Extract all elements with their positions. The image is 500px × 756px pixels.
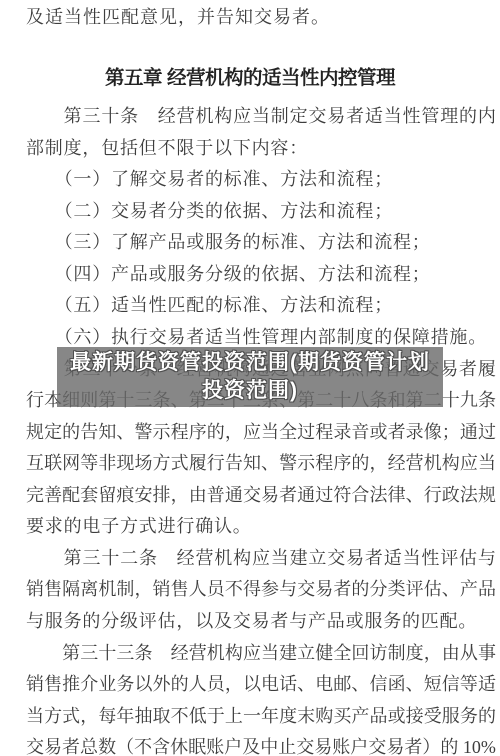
text-line: 与服务的分级评估，以及交易者与产品或服务的匹配。 xyxy=(26,606,496,638)
text-line: 第三十条 经营机构应当制定交易者适当性管理的内 xyxy=(26,101,496,133)
watermark-title-line2: 投资范围) xyxy=(57,377,443,405)
watermark-title-line1: 最新期货资管投资范围(期货资管计划 xyxy=(57,349,443,377)
text-line: 第三十三条 经营机构应当建立健全回访制度，由从事 xyxy=(26,638,496,670)
text-line: 完善配套留痕安排，由普通交易者通过符合法律、行政法规 xyxy=(26,480,496,512)
text-line: 部制度，包括但不限于以下内容： xyxy=(26,133,496,165)
text-line: 销售推介业务以外的人员，以电话、电邮、信函、短信等适 xyxy=(26,669,496,701)
text-line: （三）了解产品或服务的标准、方法和流程； xyxy=(26,227,496,259)
text-line: （五）适当性匹配的标准、方法和流程； xyxy=(26,290,496,322)
document-page: 及适当性匹配意见，并告知交易者。 第五章 经营机构的适当性内控管理 第三十条 经… xyxy=(0,0,500,756)
chapter-heading: 第五章 经营机构的适当性内控管理 xyxy=(0,63,500,93)
text-line: 第三十二条 经营机构应当建立交易者适当性评估与 xyxy=(26,543,496,575)
text-line: 当方式，每年抽取不低于上一年度末购买产品或接受服务的 xyxy=(26,701,496,733)
document-body: 第三十条 经营机构应当制定交易者适当性管理的内部制度，包括但不限于以下内容： （… xyxy=(26,101,496,756)
paragraph-continuation-line: 及适当性匹配意见，并告知交易者。 xyxy=(26,2,330,32)
text-line: 规定的告知、警示程序的，应当全过程录音或者录像；通过 xyxy=(26,417,496,449)
text-line: （四）产品或服务分级的依据、方法和流程； xyxy=(26,259,496,291)
text-line: （二）交易者分类的依据、方法和流程； xyxy=(26,196,496,228)
watermark-overlay: 最新期货资管投资范围(期货资管计划 投资范围) xyxy=(57,347,443,407)
text-line: 销售隔离机制，销售人员不得参与交易者的分类评估、产品 xyxy=(26,574,496,606)
text-line: 要求的电子方式进行确认。 xyxy=(26,511,496,543)
text-line: 互联网等非现场方式履行告知、警示程序的，经营机构应当 xyxy=(26,448,496,480)
text-line: 交易者总数（不含休眠账户及中止交易账户交易者）的 10% xyxy=(26,732,496,756)
text-line: （一）了解交易者的标准、方法和流程； xyxy=(26,164,496,196)
